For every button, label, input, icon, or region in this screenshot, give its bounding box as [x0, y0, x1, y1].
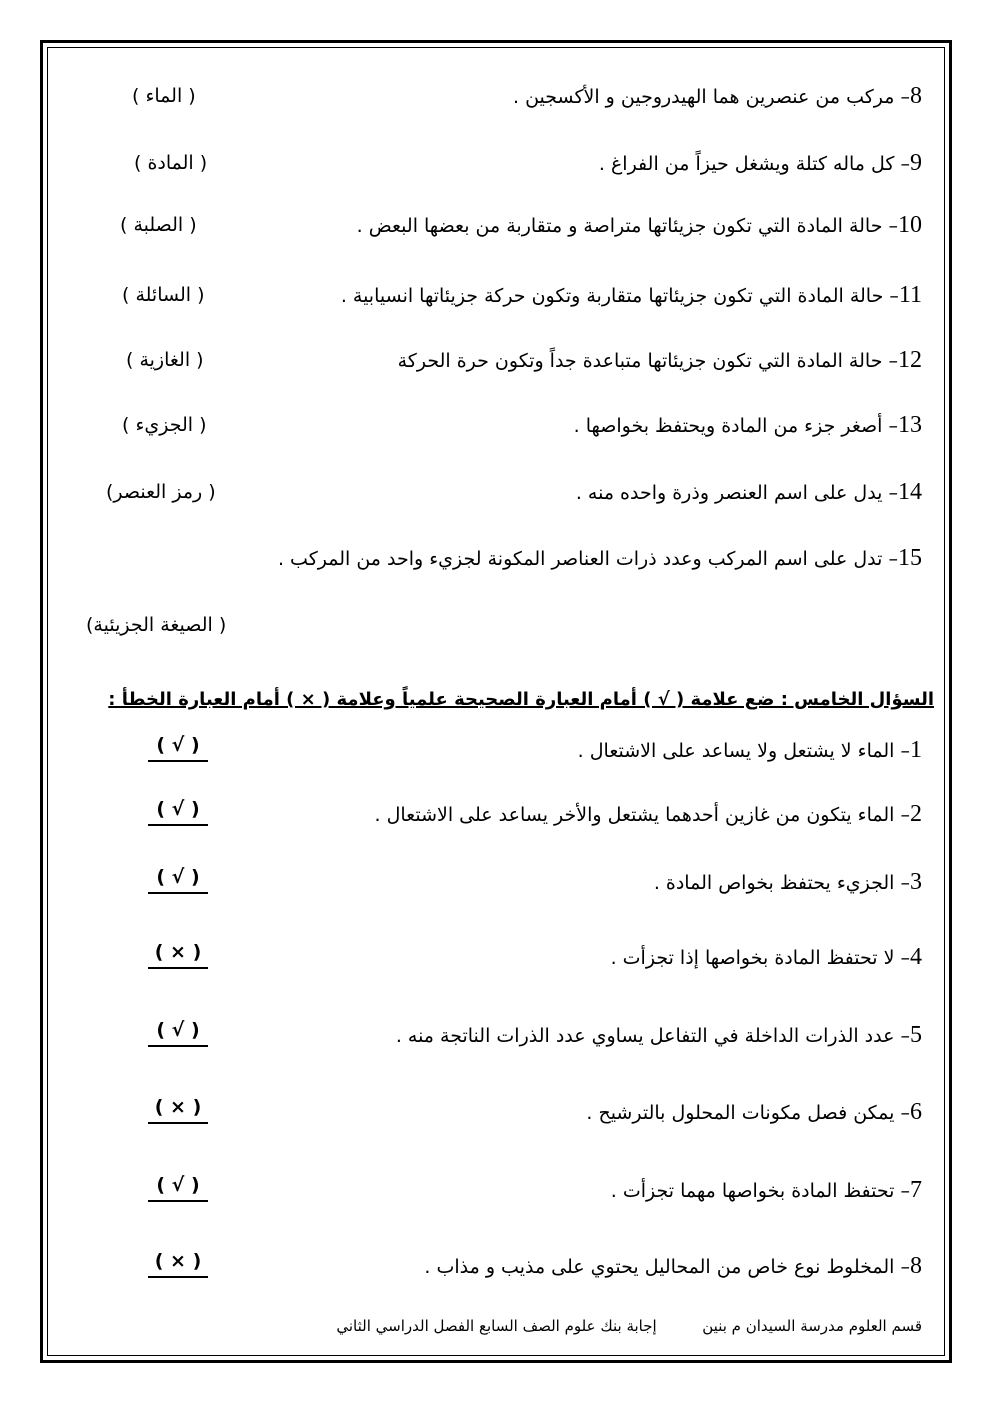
definition-item-11: 11– حالة المادة التي تكون جزيئاتها متقار… [60, 275, 922, 315]
item-answer: ( الجزيء ) [122, 405, 207, 445]
true-false-item-6: 6– يمكن فصل مكونات المحلول بالترشيح . ( … [60, 1092, 922, 1132]
item-text: حالة المادة التي تكون جزيئاتها متراصة و … [357, 215, 883, 237]
true-false-item-5: 5– عدد الذرات الداخلة في التفاعل يساوي ع… [60, 1015, 922, 1055]
item-text: عدد الذرات الداخلة في التفاعل يساوي عدد … [396, 1025, 895, 1047]
item-number: 1 [910, 737, 922, 763]
item-text: يمكن فصل مكونات المحلول بالترشيح . [586, 1102, 894, 1124]
answer-mark-check: ( √ ) [148, 862, 208, 894]
item-answer: ( السائلة ) [122, 275, 204, 315]
item-answer: ( الصيغة الجزيئية) [86, 605, 226, 645]
page-footer: قسم العلوم مدرسة السيدان م بنين إجابة بن… [260, 1311, 922, 1341]
question-5-heading: السؤال الخامس : ضع علامة ( √ ) أمام العب… [70, 682, 934, 718]
item-text: تدل على اسم المركب وعدد ذرات العناصر الم… [278, 548, 882, 570]
definition-item-12: 12– حالة المادة التي تكون جزيئاتها متباع… [60, 340, 922, 380]
item-number: 14 [898, 479, 922, 505]
answer-mark-cross: ( × ) [148, 1092, 208, 1124]
answer-mark-check: ( √ ) [148, 1170, 208, 1202]
item-text: حالة المادة التي تكون جزيئاتها متقاربة و… [341, 285, 884, 307]
answer-mark-check: ( √ ) [148, 730, 208, 762]
item-number: 8 [910, 83, 922, 109]
item-answer: ( رمز العنصر) [106, 472, 216, 512]
item-number: 5 [910, 1022, 922, 1048]
answer-mark-check: ( √ ) [148, 794, 208, 826]
answer-mark-cross: ( × ) [148, 1246, 208, 1278]
item-number: 6 [910, 1099, 922, 1125]
item-number: 7 [910, 1177, 922, 1203]
definition-item-8: 8– مركب من عنصرين هما الهيدروجين و الأكس… [60, 76, 922, 116]
item-number: 8 [910, 1253, 922, 1279]
item-number: 10 [898, 212, 922, 238]
item-text: المخلوط نوع خاص من المحاليل يحتوي على مذ… [424, 1256, 894, 1278]
footer-department: قسم العلوم مدرسة السيدان م بنين [702, 1311, 922, 1341]
definition-item-10: 10– حالة المادة التي تكون جزيئاتها متراص… [60, 205, 922, 245]
item-number: 15 [898, 545, 922, 571]
item-text: الماء يتكون من غازين أحدهما يشتعل والأخر… [375, 804, 895, 826]
item-text: أصغر جزء من المادة ويحتفظ بخواصها . [574, 415, 883, 437]
definition-item-15: 15– تدل على اسم المركب وعدد ذرات العناصر… [60, 538, 922, 578]
definition-item-13: 13– أصغر جزء من المادة ويحتفظ بخواصها . … [60, 405, 922, 445]
item-number: 11 [899, 282, 922, 308]
true-false-item-8: 8– المخلوط نوع خاص من المحاليل يحتوي على… [60, 1246, 922, 1286]
true-false-item-2: 2– الماء يتكون من غازين أحدهما يشتعل وال… [60, 794, 922, 834]
true-false-item-4: 4– لا تحتفظ المادة بخواصها إذا تجزأت . (… [60, 937, 922, 977]
item-number: 3 [910, 869, 922, 895]
item-number: 12 [898, 347, 922, 373]
item-text: الماء لا يشتعل ولا يساعد على الاشتعال . [578, 740, 895, 762]
item-number: 13 [898, 412, 922, 438]
true-false-item-1: 1– الماء لا يشتعل ولا يساعد على الاشتعال… [60, 730, 922, 770]
definition-item-14: 14– يدل على اسم العنصر وذرة واحده منه . … [60, 472, 922, 512]
item-text: مركب من عنصرين هما الهيدروجين و الأكسجين… [513, 86, 894, 108]
true-false-item-3: 3– الجزيء يحتفظ بخواص المادة . ( √ ) [60, 862, 922, 902]
answer-mark-check: ( √ ) [148, 1015, 208, 1047]
item-text: يدل على اسم العنصر وذرة واحده منه . [576, 482, 883, 504]
definition-item-9: 9– كل ماله كتلة ويشغل حيزاً من الفراغ . … [60, 143, 922, 183]
answer-mark-cross: ( × ) [148, 937, 208, 969]
item-answer: ( الصلبة ) [120, 205, 197, 245]
item-text: لا تحتفظ المادة بخواصها إذا تجزأت . [611, 947, 895, 969]
item-number: 4 [910, 944, 922, 970]
definition-item-15-answer-row: ( الصيغة الجزيئية) [60, 605, 922, 645]
item-text: حالة المادة التي تكون جزيئاتها متباعدة ج… [398, 350, 883, 372]
true-false-item-7: 7– تحتفظ المادة بخواصها مهما تجزأت . ( √… [60, 1170, 922, 1210]
footer-title: إجابة بنك علوم الصف السابع الفصل الدراسي… [336, 1311, 656, 1341]
item-answer: ( المادة ) [134, 143, 207, 183]
item-text: الجزيء يحتفظ بخواص المادة . [654, 872, 895, 894]
item-number: 9 [910, 150, 922, 176]
item-answer: ( الماء ) [132, 76, 196, 116]
item-number: 2 [910, 801, 922, 827]
item-text: كل ماله كتلة ويشغل حيزاً من الفراغ . [599, 153, 895, 175]
item-answer: ( الغازية ) [126, 340, 204, 380]
item-text: تحتفظ المادة بخواصها مهما تجزأت . [611, 1180, 895, 1202]
